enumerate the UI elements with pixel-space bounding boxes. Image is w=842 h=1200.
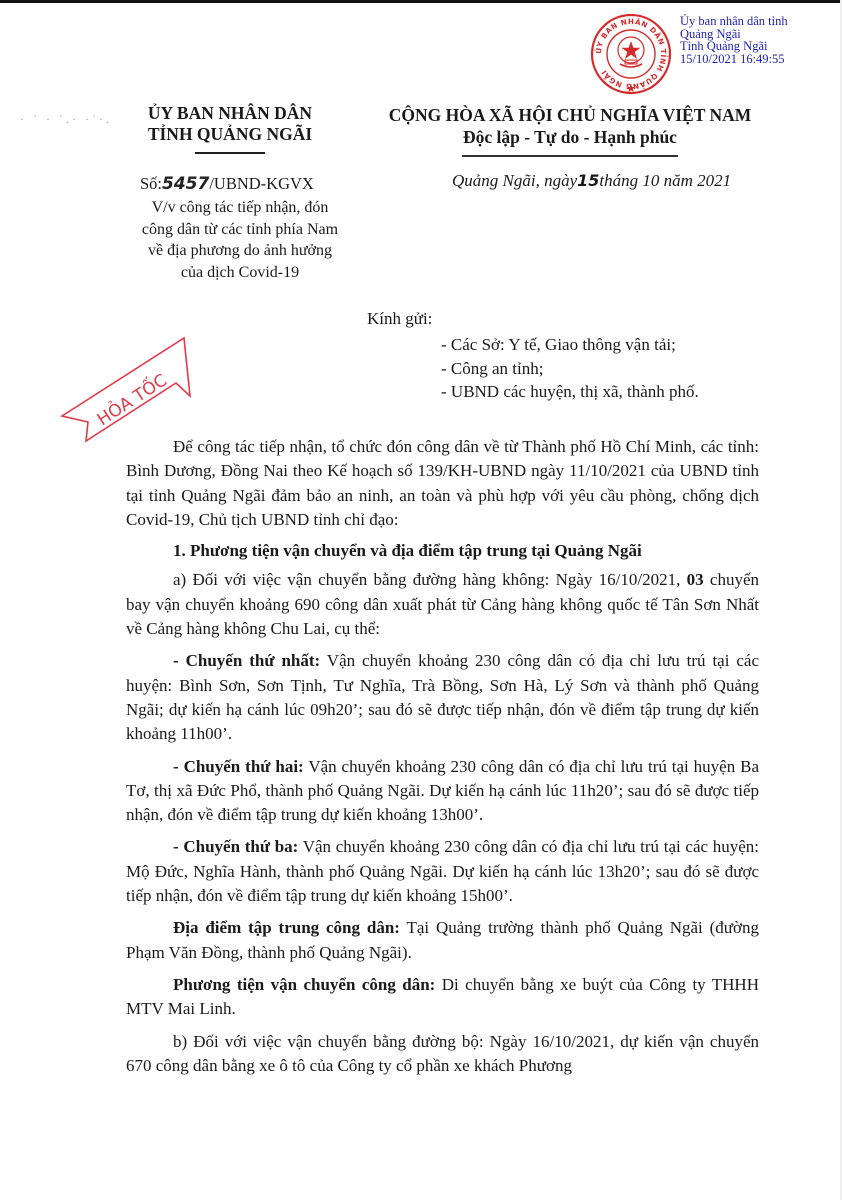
- motto-divider: [462, 155, 678, 157]
- signature-line: Ủy ban nhân dân tỉnh: [680, 15, 788, 28]
- flight-1-label: - Chuyến thứ nhất:: [173, 651, 320, 670]
- paragraph-b: b) Đối với việc vận chuyển bằng đường bộ…: [126, 1030, 759, 1079]
- document-body: Để công tác tiếp nhận, tổ chức đón công …: [126, 435, 759, 1078]
- document-number: Số:5457/UBND-KGVX: [140, 174, 314, 194]
- digital-signature-info: Ủy ban nhân dân tỉnh Quảng Ngãi Tỉnh Quả…: [680, 15, 788, 65]
- flight-2: - Chuyến thứ hai: Vận chuyển khoảng 230 …: [126, 755, 759, 828]
- flight-1: - Chuyến thứ nhất: Vận chuyển khoảng 230…: [126, 649, 759, 746]
- national-motto: Độc lập - Tự do - Hạnh phúc: [365, 126, 775, 148]
- paragraph-a: a) Đối với việc vận chuyển bằng đường hà…: [126, 568, 759, 641]
- flight-count: 03: [687, 570, 704, 589]
- national-header: CỘNG HÒA XÃ HỘI CHỦ NGHĨA VIỆT NAM Độc l…: [365, 104, 775, 157]
- seal-emblem-icon: ỦY BAN NHÂN DÂN TỈNH QUẢNG NGÃI: [590, 12, 672, 96]
- recipients-label: Kính gửi:: [367, 309, 432, 329]
- signature-line: Tỉnh Quảng Ngãi: [680, 40, 788, 53]
- recipient-item: - Công an tỉnh;: [441, 357, 699, 381]
- transport-vehicle: Phương tiện vận chuyển công dân: Di chuy…: [126, 973, 759, 1022]
- flight-3-label: - Chuyến thứ ba:: [173, 837, 298, 856]
- authority-line-2: TỈNH QUẢNG NGÃI: [130, 124, 330, 145]
- scan-noise: · ˙ · ˙.· ·˙·.: [20, 112, 112, 127]
- intro-paragraph: Để công tác tiếp nhận, tổ chức đón công …: [126, 435, 759, 532]
- doc-no-handwritten: 5457: [162, 174, 209, 194]
- doc-no-prefix: Số:: [140, 174, 162, 193]
- paragraph-a-text: a) Đối với việc vận chuyển bằng đường hà…: [173, 570, 687, 589]
- date-day-handwritten: 15: [577, 171, 599, 190]
- svg-text:HỎA TỐC: HỎA TỐC: [92, 367, 171, 430]
- section-1-heading: 1. Phương tiện vận chuyển và địa điểm tậ…: [126, 539, 759, 563]
- gathering-location: Địa điểm tập trung công dân: Tại Quảng t…: [126, 916, 759, 965]
- vehicle-label: Phương tiện vận chuyển công dân:: [173, 975, 435, 994]
- header-divider: [195, 152, 265, 154]
- flight-3: - Chuyến thứ ba: Vận chuyển khoảng 230 c…: [126, 835, 759, 908]
- recipient-item: - UBND các huyện, thị xã, thành phố.: [441, 380, 699, 404]
- scan-top-border: [0, 0, 842, 3]
- document-subject: V/v công tác tiếp nhận, đón công dân từ …: [135, 197, 345, 283]
- authority-line-1: ỦY BAN NHÂN DÂN: [130, 103, 330, 124]
- date-prefix: Quảng Ngãi, ngày: [452, 171, 577, 190]
- doc-no-suffix: /UBND-KGVX: [209, 174, 314, 193]
- issuing-authority: ỦY BAN NHÂN DÂN TỈNH QUẢNG NGÃI: [130, 103, 330, 154]
- flight-2-label: - Chuyến thứ hai:: [173, 757, 304, 776]
- document-date: Quảng Ngãi, ngày15tháng 10 năm 2021: [452, 171, 731, 191]
- nation-title: CỘNG HÒA XÃ HỘI CHỦ NGHĨA VIỆT NAM: [365, 104, 775, 126]
- signature-timestamp: 15/10/2021 16:49:55: [680, 53, 788, 66]
- date-suffix: tháng 10 năm 2021: [599, 171, 731, 190]
- gathering-label: Địa điểm tập trung công dân:: [173, 918, 400, 937]
- recipients-list: - Các Sở: Y tế, Giao thông vận tải; - Cô…: [441, 333, 699, 404]
- recipient-item: - Các Sở: Y tế, Giao thông vận tải;: [441, 333, 699, 357]
